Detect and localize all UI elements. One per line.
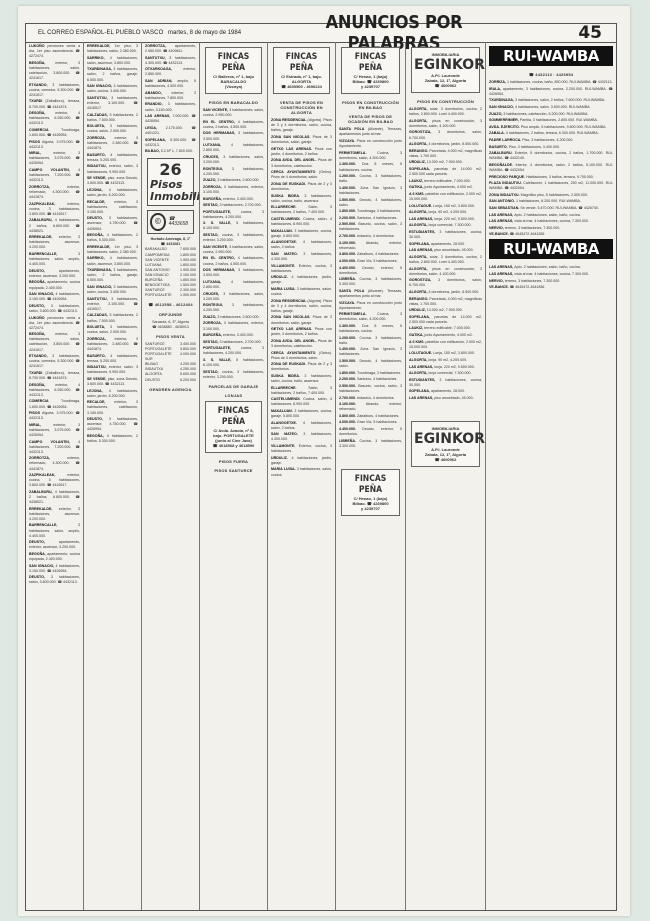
ad-keyword: BARRENCALLE, [29, 252, 78, 256]
classified-ad: ZONA DE EUSKADI. Pisos de 2 y 3 dormitor… [271, 182, 332, 192]
classified-ad: VE-BANCE. ☎ 4645472-4641836 [489, 285, 613, 290]
classified-ad: SOPELANA, apartamento, 28.000. [409, 389, 482, 394]
classified-ad: 1.300.000. Dos 8 meses, 5 habitaciones, … [339, 324, 402, 334]
classified-ad: ALGORTA, lonja comercial, 7.300.000. [409, 371, 482, 376]
classified-ad: BARRENCALLE, 3 habitaciones, salón, ampl… [29, 523, 80, 538]
ad-keyword: LAS ARENAS, [489, 213, 514, 217]
ad-keyword: 3.800.000. [339, 252, 357, 256]
classified-ad: ALGORTA, lonja comercial, 7.300.000. [409, 223, 482, 228]
ad-keyword: TXURDINAGA, [87, 67, 113, 71]
ad-keyword: VILLAMONTE. [271, 264, 299, 268]
ad-keyword: CERCA AYUNTAMIENTO [271, 170, 319, 174]
ad-keyword: ALGORTA, [409, 210, 429, 214]
ad-keyword: PADRE LARROCA. [489, 138, 522, 142]
ad-keyword: AVDA. EJERCITO. [489, 125, 521, 129]
ad-keyword: BERANGO. [409, 149, 429, 153]
ad-keyword: CRUCES, [203, 292, 223, 296]
ad-keyword: GATIKA, [409, 333, 425, 337]
ad-text: Magnífico piso, 5 habitaciones, 2.500.00… [521, 193, 588, 197]
ad-keyword: 2.700.000. [339, 234, 357, 238]
ad-keyword: EN EL CENTRO, [203, 120, 238, 124]
ad-keyword: BEGOÑA, [29, 280, 47, 284]
ad-keyword: SOPELANA, [409, 389, 431, 393]
ad-text: 3 habitaciones, salón, 2 baños, 7.600.00… [515, 98, 605, 102]
classified-ad: SANTUTXU, 3 habitaciones, 4.300.000. ☎ 4… [145, 56, 196, 66]
ad-keyword: BESOÑA, [29, 61, 55, 65]
price: 1.900.000 [180, 293, 196, 298]
agency-phone: ☎ 4433658 [169, 217, 191, 227]
ad-keyword: ALGORTA, [409, 358, 429, 362]
ad-keyword: ZORROZA, [203, 321, 224, 325]
classified-ad: VIZCAYA. Pisos en construcción junto Ayu… [339, 139, 402, 149]
classified-ad: SAN VICENTE, 3 habitaciones, salón, coci… [203, 108, 264, 118]
ad-line: ☎ 4600500 - 4696224 [276, 84, 327, 89]
classified-ad: ZABALBURU. Exterior, 5 dormitorios, coci… [489, 151, 613, 161]
ad-keyword: LOLUTAGUE. [409, 204, 433, 208]
ad-keyword: GATIKA, [409, 185, 425, 189]
logo-icon: © [150, 213, 166, 231]
ad-keyword: ZORROZA, [203, 185, 224, 189]
ad-keyword: TXURDINAGA, [87, 268, 113, 272]
ad-keyword: DEUSTO, [87, 216, 109, 220]
ad-keyword: SOPELANA, [145, 138, 170, 142]
ad-keyword: DEUSTO, [29, 269, 59, 273]
ad-keyword: ZORROZA, [87, 337, 115, 341]
classified-ad: SESTAO, cocina, 3 habitaciones, exterior… [203, 370, 264, 380]
classified-ad: MARIA LUISA. 3 habitaciones, salón, coci… [271, 467, 332, 477]
classified-ad: BEGOÑA, apartamento, cocina equipada, 2.… [29, 280, 80, 290]
classified-ad: ZONA SAN NICOLAS. Pisos de 3 dormitorios… [271, 135, 332, 145]
ad-keyword: SAN MATEO. [271, 252, 303, 256]
ad-keyword: LEIOA, [145, 126, 166, 130]
classified-ad: ETXANDO, 3 habitaciones, cocina, comedor… [29, 83, 80, 98]
ad-keyword: LUKOÑO [29, 316, 47, 320]
ad-line: (Vizcaya) [208, 84, 259, 89]
ad-keyword: DEUSTO, [87, 417, 109, 421]
ad-keyword: GOROSTIZA, [409, 278, 438, 282]
classified-ad: ESTUDIANTES, 3 habitaciones, cocina, 30.… [409, 378, 482, 388]
classified-ad: 4.000.000. Gran Vía, 5 habitaciones. [339, 420, 402, 425]
ad-text: terreno, 3 habitaciones, 7.300.000. [505, 279, 561, 283]
ad-keyword: LAS ARENAS, [489, 219, 514, 223]
classified-ad: GATIKA, junto Ayuntamiento, 4.000 m2. [409, 333, 482, 338]
classified-ad: LUTXANA, 4 habitaciones, 2.850.000. [203, 280, 264, 290]
ad-keyword: ZONA SAN NICOLAS. [271, 315, 313, 319]
classified-ad: ZAZPIKALEAK, exterior, cocina, 3 habitac… [29, 202, 80, 217]
classified-ad: LEJONA, 4 habitaciones, salón, jardín, 6… [87, 188, 138, 198]
ad-keyword: ZORROTZA, [145, 44, 175, 48]
classified-ad: BURCEÑA, exterior, 3.400.000. [203, 197, 264, 202]
ad-text: 3 habitaciones, calefacción, 5.200.000. … [503, 112, 588, 116]
classified-ad: GOROSTIZA, 3 dormitorios, salón, 6.700.0… [409, 278, 482, 288]
classified-ad: SAN IGNACIO, 4 habitaciones, 3.150.000. … [29, 564, 80, 574]
classified-ad: ALANGOETXE. 4 habitaciones, salón, 2 bañ… [271, 240, 332, 250]
ad-text: Habitaciones, 3 baños, terraza, 9.700.00… [526, 175, 594, 179]
ad-keyword: ALANGOETXE. [271, 240, 303, 244]
classified-ad: SOPELANA, parcelas de 14.000 m2, 2.500.0… [409, 315, 482, 325]
classified-ad: GETXO LAS ARENAS. Pisos con jardín, 4 do… [271, 147, 332, 157]
ad-keyword: 1.200.000. [339, 174, 360, 178]
classified-ad: ALGORTA, pisos en construcción, 3 dormit… [409, 267, 482, 277]
ad-keyword: SOMMERRIMIER, [489, 118, 520, 122]
ad-keyword: 1.500.000. [339, 359, 359, 363]
ad-line: ☎ 4600962 [414, 457, 477, 462]
ad-keyword: BEGOÑA, [29, 552, 47, 556]
ad-eginkor-2: INMOBILIARIA EGINKOR A.P.I. Lauronde Zab… [411, 421, 480, 467]
section-heading: PARCELAS DE GARAJE [203, 384, 264, 389]
classified-ad: 2.700.000. Indautxu, 4 dormitorios. [339, 234, 402, 239]
classified-ad: 3.100.000. Abando, exterior, reformado. [339, 402, 402, 412]
section-heading: PISOS FUERA [203, 459, 264, 464]
classified-ad: DESOÑA, exterior, 4 habitaciones, 6.250.… [29, 111, 80, 126]
ad-keyword: PISOS [29, 411, 42, 415]
ad-keyword: LAS ARENAS, [409, 396, 434, 400]
ad-keyword: SAN MATEO. [271, 432, 303, 436]
ad-keyword: EN EL CENTRO, [203, 256, 238, 260]
ad-text: lonja, 90 m2, 4.200.000. [429, 358, 468, 362]
ad-text: terreno edificable, 7.000.000. [424, 179, 471, 183]
ad-keyword: VIZCAYA. [339, 301, 357, 305]
classified-ad: BERANGO. Parcelada, 4.000 m2, magníficas… [409, 297, 482, 307]
classified-ad: DEUSTO, 3 habitaciones, ascensor, 4.750.… [87, 417, 138, 432]
ad-keyword: 3.800.000. [339, 414, 357, 418]
ad-keyword: SANTUTXU, [87, 96, 111, 100]
classified-ad: BARRENCALLE, 3 habitaciones, salón, ampl… [29, 252, 80, 267]
ad-text: 13.000 m2, 7.900.000. [427, 308, 463, 312]
price-list: BARAKALDO7.600.000CAMPOMEDIA1.800.000SAN… [145, 247, 196, 298]
classified-ad: MAKALUAN. 3 habitaciones, cocina, garaje… [271, 229, 332, 239]
column-7: INMOBILIARIA EGINKOR A.P.I. Lauronde Zab… [406, 42, 486, 910]
classified-ad: GOROSTIZA, 3 dormitorios, salón, 6.700.0… [409, 130, 482, 140]
ad-keyword: A 6 KMS. [409, 192, 426, 196]
classified-ad: SAN IGNACIO, 3 habitaciones, salón, coci… [87, 84, 138, 94]
ad-keyword: 3. S. VALLE, [203, 221, 236, 225]
ad-text: piso amueblado, 45.000. [434, 396, 473, 400]
classified-ad: LUKOÑO pensiones venta a día, 1er piso a… [29, 44, 80, 59]
ad-keyword: VE-BANCE. [489, 285, 510, 289]
page-number: 45 [578, 23, 602, 43]
ad-keyword: 1.300.000. [339, 162, 362, 166]
classified-ad: BEGOÑALDE. Interior, 4 dormitorios, saló… [489, 163, 613, 173]
classified-ad: SAN ADRIAN, amplio, 5 habitaciones, 4.50… [145, 79, 196, 89]
ad-keyword: ERREKALDE, [29, 235, 59, 239]
classified-ad: COMERCIA Txurdinaga, 1.600.000. ☎ 442695… [29, 399, 80, 409]
section-number: 26 [150, 161, 191, 179]
ad-text: Apto. 2 habitaciones, salón, baño, cocin… [514, 265, 581, 269]
ad-text: 3 habitaciones, 2.600.000. [217, 315, 259, 319]
section-heading: PISOS VENTA [145, 334, 196, 339]
ad-keyword: SAN SEBASTIAN. [489, 206, 520, 210]
classified-ad: ZUAZO, 3 habitaciones, 2.600.000. [203, 315, 264, 320]
ad-keyword: DEUSTO, [29, 540, 59, 544]
ad-text: apartamento, 28.000. [431, 242, 465, 246]
classified-ad: ZONA SAN NICOLAS. Pisos de 3 dormitorios… [271, 315, 332, 325]
ad-keyword: ZONA RESIDENCIAL [271, 118, 307, 122]
ad-text: 4 dormitorios, jardín, 8.500.000. [429, 290, 480, 294]
classified-ad: 3.800.000. Zabalburu, 4 habitaciones. [339, 252, 402, 257]
price-list: SANTURCE3.400.000PORTUGALETE3.800.000POR… [145, 342, 196, 383]
column-8: RUI-WAMBA ☎ 4432113 · 4426954 ZORRIZA, 1… [486, 42, 616, 910]
classified-ad: 4.400.000. Deusto, exterior, 5 dormitori… [339, 427, 402, 437]
section-heading: VENTA DE PISOS DE OCASIÓN EN BILBAO [339, 114, 402, 124]
classified-ad: ELLARRECHE. Salón, 3 habitaciones, 2 bañ… [271, 386, 332, 396]
classified-ad: ZONA RESIDENCIAL (Algorta). Pisos de 3 y… [271, 299, 332, 314]
ad-keyword: LAS ARENAS, [409, 365, 434, 369]
ad-keyword: RONTEGUI, [203, 167, 232, 171]
classified-ad: DOS HERMANAS, 3 habitaciones, 3.500.000. [203, 131, 264, 141]
ad-keyword: URDULIZ, [409, 308, 427, 312]
ad-keyword: 1.800.000. [339, 371, 357, 375]
classified-ad: BASURTO. Piso, 3 habitaciones, 3.400.000… [489, 145, 613, 150]
ad-keyword: LOLUTAGUE. [409, 351, 433, 355]
classified-ad: 1.400.000. Zona San Ignacio, 3 habitacio… [339, 347, 402, 357]
classified-ad: BEGOÑA, 4 habitaciones, 2 baños, 5.300.0… [87, 434, 138, 444]
ad-keyword: ZORROTZA, [29, 185, 67, 189]
classified-ad: SAN MATEO. 3 habitaciones, 4.300.000. [271, 432, 332, 442]
ad-keyword: PORTUGALETE, [203, 346, 241, 350]
ad-keyword: TXURDI [29, 99, 45, 103]
classified-ad: RONTEGUI, 3 habitaciones, 4.200.000. [203, 303, 264, 313]
column-5: FINCAS PEÑA C/ Estrada, nº 1, bajo. ALGO… [268, 42, 336, 910]
price: 6.200.000 [180, 378, 196, 383]
ad-keyword: ZABALBURU, [29, 218, 55, 222]
ad-keyword: SESTAO, [203, 203, 220, 207]
classified-ad: BESOÑA, exterior, 3 habitaciones, salón,… [29, 332, 80, 352]
classified-ad: GATIKA, junto Ayuntamiento, 4.000 m2. [409, 185, 482, 190]
classified-ad: EN EL CENTRO, 4 habitaciones, cocina, 2 … [203, 120, 264, 130]
classified-ad: ALANGOETXE. 4 habitaciones, salón, 2 bañ… [271, 421, 332, 431]
classified-ad: 4.000.000. Gran Vía, 5 habitaciones. [339, 259, 402, 264]
ad-text: apartamento, 3 habitaciones, cocina, 2.2… [489, 87, 613, 96]
ad-keyword: ABANDO, [145, 91, 172, 95]
ad-name: FINCAS PEÑA [212, 52, 255, 74]
ad-keyword: LUKOÑO [29, 44, 47, 48]
classified-ad: ERANDIO, 3 habitaciones, salón, 3.150.00… [145, 102, 196, 112]
classified-ad: SOPELANA, apartamento, 28.000. [409, 242, 482, 247]
ad-keyword: BILBAO, [145, 149, 161, 153]
ad-text: 1 habitaciones, 8.200.000. RUI-WAMBA. [516, 199, 581, 203]
ad-name: EGINKOR [414, 57, 477, 73]
ad-keyword: ZAZPIKALEAK, [29, 202, 67, 206]
ad-keyword: ALGORTA, [409, 107, 430, 111]
ad-keyword: OTXARKOAGA, [145, 67, 183, 71]
ad-keyword: 1.500.000. [339, 198, 359, 202]
ad-name: FINCAS PEÑA [348, 474, 393, 496]
classified-ad: ALGORTA, lonja, 90 m2, 4.200.000. [409, 210, 482, 215]
classified-ad: URDULIZ. 4 habitaciones, jardín, garaje. [271, 275, 332, 285]
classified-ad: OTXARKOAGA, exterior, 2.850.000. [145, 67, 196, 77]
classified-columns: LUKOÑO pensiones venta a día, 1er piso a… [25, 42, 617, 911]
ad-text: piso amueblado, 45.000. [434, 248, 473, 252]
ad-text: junto Ayuntamiento, 4.000 m2. [425, 185, 473, 189]
ad-text: lonja comercial, 7.300.000. [429, 371, 472, 375]
classified-ad: SANTUTXU, 3 habitaciones, exterior, 3.10… [87, 297, 138, 312]
ad-fincas-pena-portugalete: FINCAS PEÑA C/ Avda. Azaola, nº 8, bajo.… [205, 401, 262, 453]
classified-ad: SANTA POLA (Alicante). Terrazas, apartam… [339, 127, 402, 137]
ad-keyword: CAMPO VOLANTIN, [29, 168, 78, 172]
ad-keyword: ALGORTA, [409, 142, 429, 146]
ad-keyword: SOPELANA, [409, 167, 434, 171]
classified-ad: DEUSTO, 3 habitaciones, salón, 3.600.000… [29, 304, 80, 314]
classified-ad: DEUSTO, 3 habitaciones, salón, 3.600.000… [29, 575, 80, 585]
classified-ad: DOS HERMANAS, 3 habitaciones, 3.500.000. [203, 268, 264, 278]
ad-keyword: ZONA SAN NICOLAS. [271, 135, 313, 139]
ad-keyword: ZONA DE EUSKADI. [271, 362, 308, 366]
ad-keyword: ZONA AVDA. DEL ANGEL. [271, 158, 318, 162]
classified-ad: ZONA RESIDENCIAL (Algorta). Pisos de 3 y… [271, 118, 332, 133]
classified-ad: CRUCES, 3 habitaciones, salón, 3.200.000… [203, 292, 264, 302]
ad-keyword: SOPELANA, [409, 242, 431, 246]
classified-ad: 2.700.000. Indautxu, 4 dormitorios. [339, 396, 402, 401]
ad-text: Santutxu, 4 habitaciones. [357, 377, 397, 381]
classified-ad: LAS ARENAS, 7.000.000. ☎ 4426954. [145, 114, 196, 124]
classified-ad: LUKOÑO pensiones venta a día, 1er piso a… [29, 316, 80, 331]
ad-text: 1 habitaciones, cocina, baño, 850.000. R… [507, 80, 613, 84]
ad-text: 3 habitaciones, 2.700.000. [220, 340, 262, 344]
ad-keyword: RECALDE, [87, 400, 114, 404]
ad-keyword: ESTUDIANTES, [409, 230, 439, 234]
classified-ad: LIBREÑA. Cocina, 3 habitaciones, 3.300.0… [339, 277, 402, 287]
classified-ad: COMERCIA Txurdinaga, 1.600.000. ☎ 442695… [29, 128, 80, 138]
classified-ad: 1.200.000. Cocina, 3 habitaciones, baño. [339, 336, 402, 346]
ad-keyword: ZORROTZA, [29, 456, 67, 460]
ad-keyword: 1.400.000. [339, 186, 360, 190]
ad-keyword: ZONA DE EUSKADI. [271, 182, 308, 186]
classified-ad: ELLARRECHE. Salón, 3 habitaciones, 2 bañ… [271, 205, 332, 215]
ad-keyword: 4.400.000. [339, 266, 362, 270]
ad-name: EGINKOR [414, 431, 477, 447]
ad-keyword: 4.000.000. [339, 420, 357, 424]
classified-ad: ALGORTA, lonja, 90 m2, 4.200.000. [409, 358, 482, 363]
ad-keyword: SESTAO, [203, 233, 222, 237]
classified-ad: LAUKIZ, terreno edificable, 7.000.000. [409, 326, 482, 331]
ad-keyword: PLAZA INDAUTXU. [489, 181, 523, 185]
ad-keyword: RECALDE, [87, 200, 114, 204]
ad-keyword: CERCA AYUNTAMIENTO [271, 351, 319, 355]
ad-keyword: 2.500.000. [339, 222, 358, 226]
classified-ad: SAN IGNACIO, 4 habitaciones, salón, 3.50… [489, 105, 613, 110]
ad-keyword: ERREKALDE, [87, 44, 115, 48]
ad-keyword: DEUSTO, [29, 575, 51, 579]
classified-ad: URDULIZ. 4 habitaciones, jardín, garaje. [271, 456, 332, 466]
classified-ad: CASTELUMENDI. Cocina, salón, 4 habitacio… [271, 217, 332, 227]
ad-keyword: GETXO LAS ARENAS. [271, 147, 315, 151]
classified-ad: SANTUTXU, 3 habitaciones, exterior, 3.10… [87, 96, 138, 111]
ad-text: lonja comercial, 7.300.000. [429, 223, 472, 227]
classified-ad: SE VENDE, piso, zona Deusto, 3.600.000. … [87, 377, 138, 387]
classified-ad: BASURTO, 4 habitaciones, terraza, 5.200.… [87, 153, 138, 163]
ad-keyword: SE VENDE, [87, 377, 108, 381]
classified-ad: ALGORTA, 4 dormitorios, jardín, 8.500.00… [409, 142, 482, 147]
classified-ad: ZONA AVDA. DEL ANGEL. Pisos de 3 dormito… [271, 339, 332, 349]
ad-keyword: DOS HERMANAS, [203, 131, 238, 135]
classified-ad: ERREKALDE, exterior, 3 habitaciones, asc… [29, 507, 80, 522]
ad-keyword: ZABALBURU, [29, 490, 55, 494]
section-heading: PISOS EN BARACALDO [203, 100, 264, 105]
classified-ad: 2.500.000. Basurto, cocina, salón, 3 hab… [339, 222, 402, 232]
ad-text: ☎ 4645472-4641836 [510, 232, 545, 236]
ad-keyword: SANTA POLA [339, 127, 368, 131]
classified-ad: CALZADAS, 5 habitaciones, 2 baños, 7.500… [87, 313, 138, 323]
ad-text: ☎ 4645472-4641836 [510, 285, 545, 289]
ad-keyword: ETXANDO, [29, 83, 52, 87]
ad-text: 3 habitaciones, 2.700.000. [220, 203, 262, 207]
ad-keyword: ALGORTA, [409, 255, 430, 259]
ad-keyword: MIRAL, [29, 423, 53, 427]
ad-fincas-pena-algorta: FINCAS PEÑA C/ Estrada, nº 1, bajo. ALGO… [273, 47, 330, 94]
classified-ad: PERMITOMELA. Cocina, 3 dormitorios, saló… [339, 151, 402, 161]
classified-ad: VIZCAYA. Pisos en construcción junto Ayu… [339, 301, 402, 311]
classified-ad: 1.500.000. Deusto, 4 habitaciones, salón… [339, 359, 402, 369]
ad-keyword: ALGORTA, [409, 290, 429, 294]
ad-keyword: ELLARRECHE. [271, 386, 308, 390]
ad-keyword: SE VENDE, [87, 176, 108, 180]
classified-ad: LOLUTAGUE. Lonja, 150 m2, 3.800.000. [409, 204, 482, 209]
classified-ad: 2.200.000. Santutxu, 4 habitaciones. [339, 377, 402, 382]
ad-text: vista al mar, 4 habitaciones, cocina, 7.… [514, 272, 589, 276]
ad-keyword: CASTELUMENDI. [271, 397, 303, 401]
ad-text: terreno, 3 habitaciones, 7.300.000. [505, 226, 561, 230]
classified-ad: PRECIOSO PARQUE. Habitaciones, 3 baños, … [489, 175, 613, 180]
classified-ad: SARRIKO, 4 habitaciones, salón, ascensor… [87, 256, 138, 266]
agency-address: Sarasola, 6, 3º, Algorta [145, 320, 196, 325]
ad-keyword: BEGOÑA, [87, 233, 107, 237]
ad-keyword: INDAUTXU, [87, 164, 109, 168]
classified-ad: RECALDE, exterior, 3 habitaciones, calef… [87, 200, 138, 215]
ad-keyword: LAS ARENAS, [489, 265, 514, 269]
classified-ad: INDAUTXU, exterior, salón, 3 habitacione… [87, 365, 138, 375]
classified-ad: RECALDE, exterior, 3 habitaciones, calef… [87, 400, 138, 415]
ad-keyword: BESOÑA, [29, 332, 55, 336]
classified-ad: SESTAO, cocina, 3 habitaciones, exterior… [203, 233, 264, 243]
classified-ad: TXURDI (Zabalburu), terraza, 8.700.000. … [29, 371, 80, 381]
classified-ad: ERREKALDE, exterior, 3 habitaciones, asc… [29, 235, 80, 250]
ad-text: 13.000 m2, 7.900.000. [427, 160, 463, 164]
section-heading: GENDREN AGENCIA [145, 387, 196, 392]
classified-ad: BEGOÑA, apartamento, cocina equipada, 2.… [29, 552, 80, 562]
classified-ad: ALGORTA, pisos en construcción, 3 dormit… [409, 119, 482, 129]
classified-ad: A 6 KMS. pabellón con edificación, 2.000… [409, 340, 482, 350]
classified-ad: ERREKALDE, 1er piso, 3 habitaciones, sal… [87, 44, 138, 54]
section-heading: VENTA DE PISOS EN CONSTRUCCIÓN EN ALGORT… [271, 100, 332, 115]
ad-keyword: SAN VICENTE, [203, 245, 229, 249]
classified-ad: BESOÑA, exterior, 3 habitaciones, salón,… [29, 61, 80, 81]
classified-ad: ZORROZA, 3 habitaciones, exterior, 3.100… [203, 185, 264, 195]
classified-ad: ZAZPIKALEAK, exterior, cocina, 3 habitac… [29, 473, 80, 488]
classified-ad: 4.400.000. Deusto, exterior, 5 dormitori… [339, 266, 402, 276]
classified-ad: LAUKIZ, terreno edificable, 7.000.000. [409, 179, 482, 184]
classified-ad: 1.200.000. Cocina, 3 habitaciones, baño. [339, 174, 402, 184]
ad-keyword: 1.800.000. [339, 209, 357, 213]
classified-ad: TXURDI (Zabalburu), terraza, 8.700.000. … [29, 99, 80, 109]
classified-ad: ALGORTA, solar, 3 dormitorios, cocina, 2… [409, 255, 482, 265]
ad-keyword: BURCEÑA, [203, 197, 223, 201]
ad-keyword: PERMITOMELA. [339, 151, 377, 155]
section-heading: ☎ 4612558 - 4612404 [145, 302, 196, 307]
ad-rui-wamba-2: RUI-WAMBA [489, 239, 613, 259]
ad-keyword: MAKALUAN. [271, 409, 294, 413]
ad-keyword: SAN IGNACIO, [29, 564, 56, 568]
ad-keyword: PORTUGALETE, [203, 210, 241, 214]
classified-ad: ALGORTA, solar, 3 dormitorios, cocina, 2… [409, 107, 482, 117]
ad-keyword: ETXANDO, [29, 354, 52, 358]
section-heading: PISOS EN CONSTRUCCIÓN [409, 99, 482, 104]
classified-ad: SAN VICENTE, 3 habitaciones, salón, coci… [203, 245, 264, 255]
ad-keyword: LUTXANA, [203, 143, 231, 147]
ad-keyword: 2.700.000. [339, 396, 357, 400]
classified-ad: ESTUDIANTES, 3 habitaciones, cocina, 30.… [409, 230, 482, 240]
classified-ad: VILLAMONTE. Exterior, cocina, 3 habitaci… [271, 264, 332, 274]
